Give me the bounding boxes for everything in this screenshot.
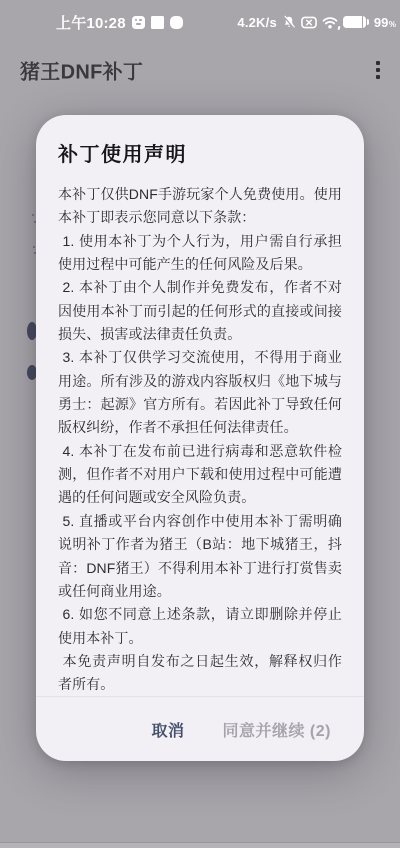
background-content-artifact (32, 214, 34, 216)
terms-item-6: 6. 如您不同意上述条款，请立即删除并停止使用本补丁。 (58, 603, 342, 650)
app-title: 猪王DNF补丁 (20, 56, 143, 85)
app-badge-icon (132, 16, 145, 29)
overflow-menu-icon[interactable] (370, 56, 386, 84)
wifi-icon (322, 16, 338, 29)
rounded-app-icon (170, 16, 183, 29)
clock: 上午10:28 (56, 12, 126, 33)
usage-statement-dialog: 补丁使用声明 本补丁仅供DNF手游玩家个人免费使用。使用本补丁即表示您同意以下条… (36, 115, 364, 761)
no-sim-icon (301, 16, 317, 29)
status-bar: 上午10:28 4.2K/s (0, 0, 400, 44)
battery-icon (343, 16, 369, 29)
dialog-body: 本补丁仅供DNF手游玩家个人免费使用。使用本补丁即表示您同意以下条款： 1. 使… (58, 183, 342, 699)
terms-item-5: 5. 直播或平台内容创作中使用本补丁需明确说明补丁作者为猪王（B站：地下城猪王，… (58, 510, 342, 603)
app-bar: 猪王DNF补丁 (0, 44, 400, 96)
terms-item-4: 4. 本补丁在发布前已进行病毒和恶意软件检测，但作者不对用户下载和使用过程中可能… (58, 440, 342, 510)
cancel-button[interactable]: 取消 (151, 712, 184, 747)
dialog-footer: 取消 同意并继续 (2) (36, 696, 364, 761)
terms-intro: 本补丁仅供DNF手游玩家个人免费使用。使用本补丁即表示您同意以下条款： (58, 183, 342, 230)
terms-item-3: 3. 本补丁仅供学习交流使用，不得用于商业用途。所有涉及的游戏内容版权归《地下城… (58, 346, 342, 439)
terms-item-2: 2. 本补丁由个人制作并免费发布，作者不对因使用本补丁而引起的任何形式的直接或间… (58, 276, 342, 346)
square-app-icon (151, 16, 164, 29)
terms-footer: 本免责声明自发布之日起生效，解释权归作者所有。 (58, 650, 342, 697)
battery-percent: 99% (374, 15, 396, 30)
bell-slash-icon (282, 15, 296, 29)
gesture-navigation-strip[interactable] (0, 842, 400, 848)
background-content-artifact (33, 246, 35, 248)
terms-item-1: 1. 使用本补丁为个人行为，用户需自行承担使用过程中可能产生的任何风险及后果。 (58, 230, 342, 277)
dialog-title: 补丁使用声明 (58, 142, 342, 168)
agree-continue-button[interactable]: 同意并继续 (2) (222, 712, 331, 747)
network-speed: 4.2K/s (237, 15, 277, 30)
